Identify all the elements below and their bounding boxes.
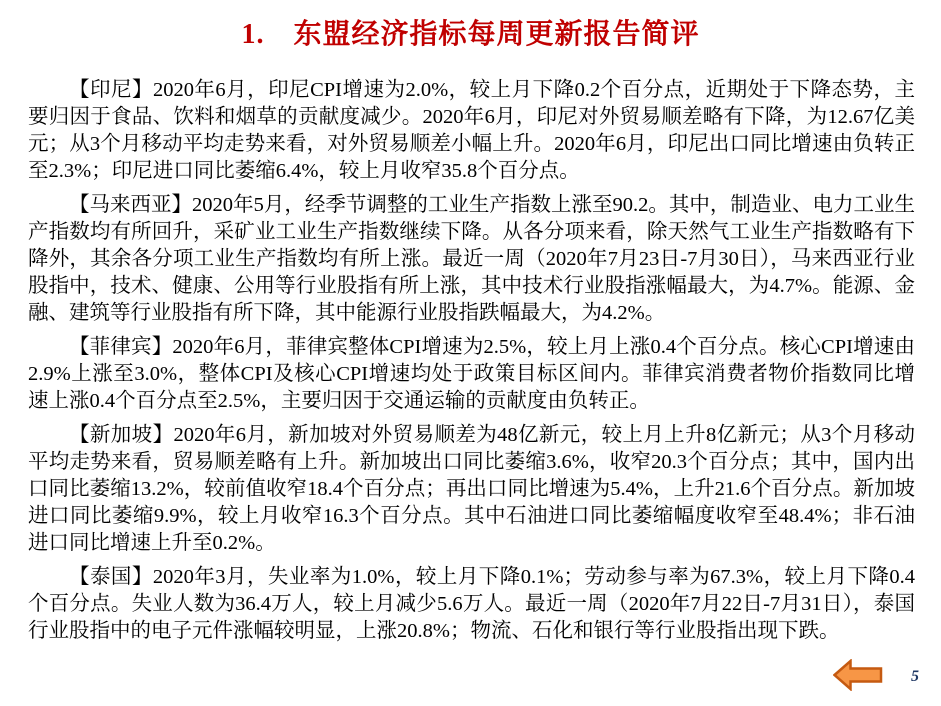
paragraph-philippines: 【菲律宾】2020年6月，菲律宾整体CPI增速为2.5%，较上月上涨0.4个百分… bbox=[28, 327, 915, 415]
slide: 1. 东盟经济指标每周更新报告简评 【印尼】2020年6月，印尼CPI增速为2.… bbox=[0, 0, 941, 706]
paragraph-thailand: 【泰国】2020年3月，失业率为1.0%，较上月下降0.1%；劳动参与率为67.… bbox=[28, 557, 915, 645]
paragraph-singapore: 【新加坡】2020年6月，新加坡对外贸易顺差为48亿新元，较上月上升8亿新元；从… bbox=[28, 415, 915, 557]
paragraph-indonesia: 【印尼】2020年6月，印尼CPI增速为2.0%，较上月下降0.2个百分点，近期… bbox=[28, 70, 915, 185]
report-body: 【印尼】2020年6月，印尼CPI增速为2.0%，较上月下降0.2个百分点，近期… bbox=[28, 70, 915, 645]
page-title: 1. 东盟经济指标每周更新报告简评 bbox=[0, 12, 941, 52]
paragraph-malaysia: 【马来西亚】2020年5月，经季节调整的工业生产指数上涨至90.2。其中，制造业… bbox=[28, 185, 915, 327]
page-number: 5 bbox=[903, 668, 927, 686]
back-arrow-icon[interactable] bbox=[833, 659, 883, 691]
